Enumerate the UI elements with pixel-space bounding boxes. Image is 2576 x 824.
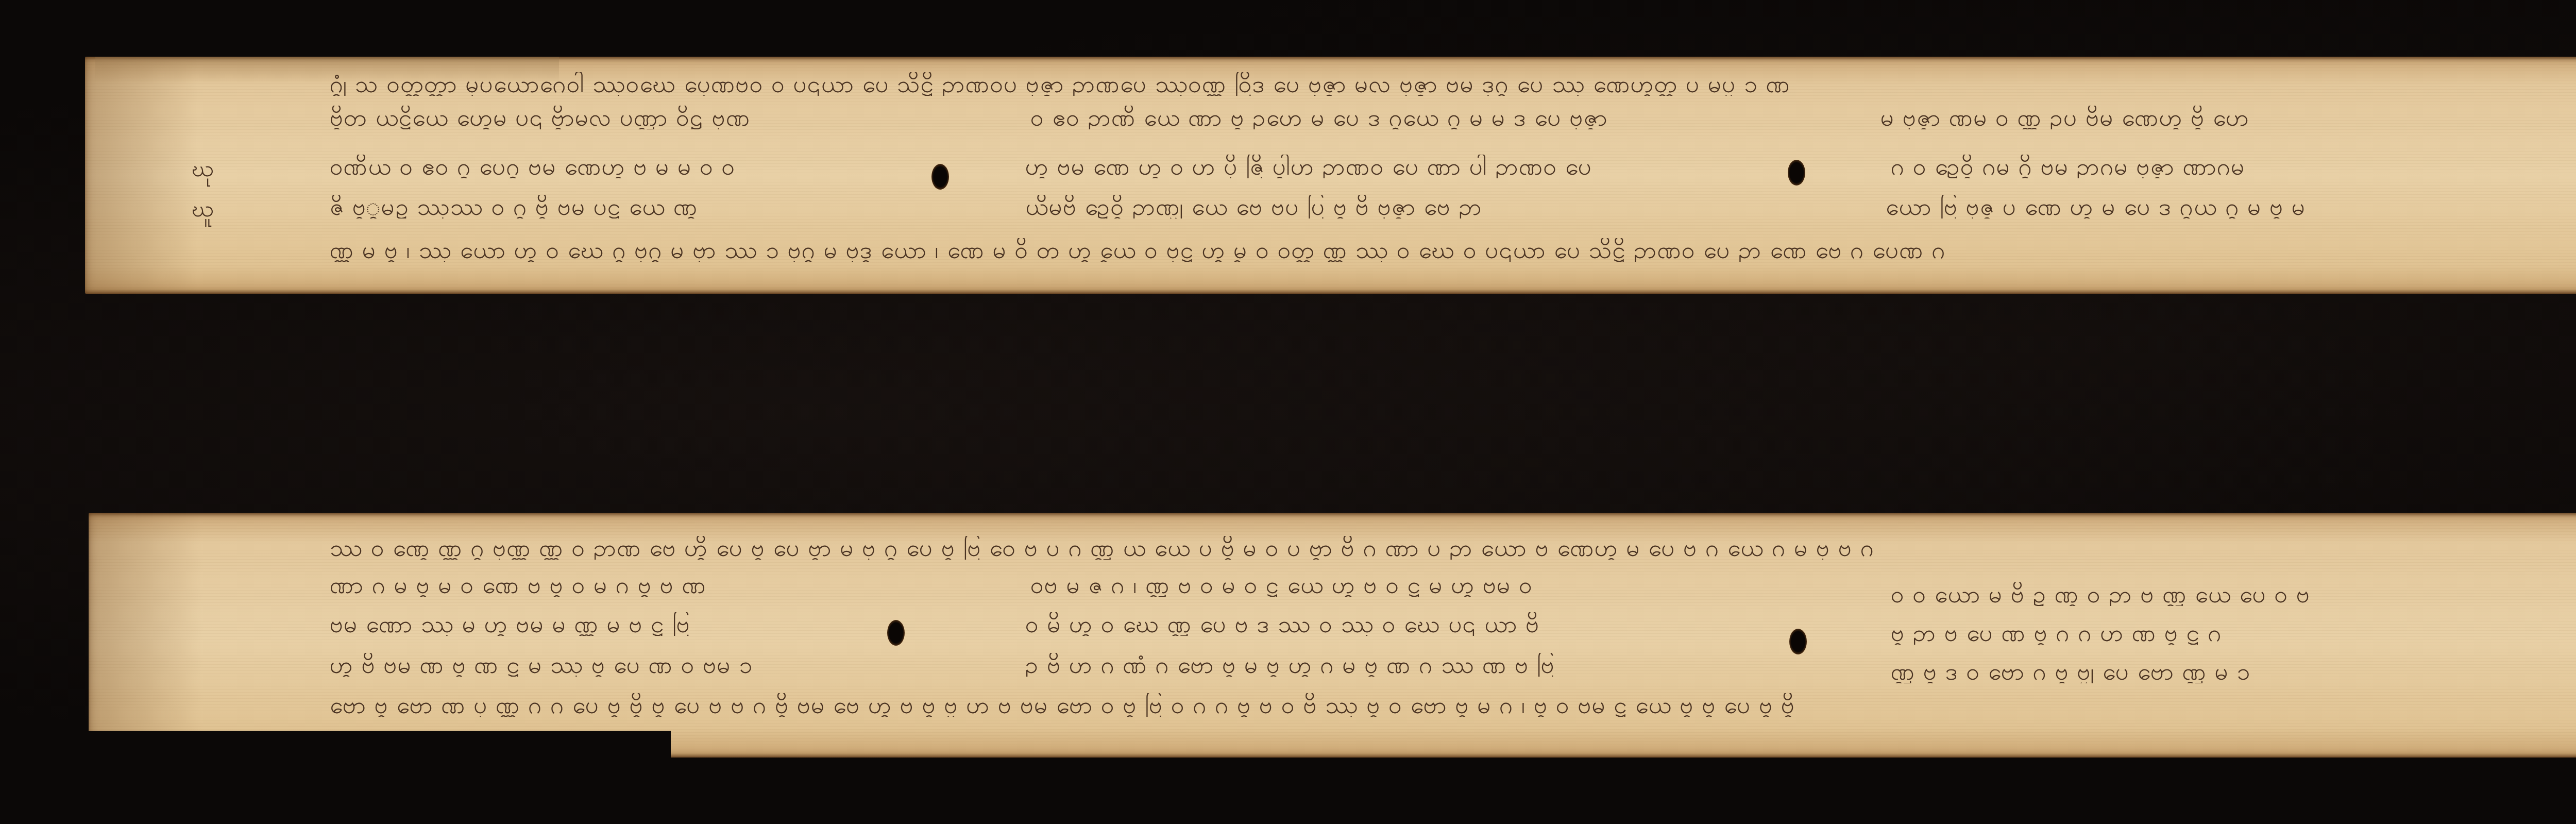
text-line: ဂ္ဂုံ သ ဝတ္တတ္တာ မုပယောဂေဝါ ဿုဝဃေ ပေ့ဏဗဝ… — [330, 72, 2530, 96]
text-line-segment: ဂ ၀ ဍေဝွိ ဂမ ဂ္ဂိ ဗမ ဉာဂမ ဗုဇ္ဇာ ဏာဂမ — [1891, 155, 2442, 178]
text-line-segment: ဝ မိ ဟ္ဂ ဝ ဃေ ဏ္ဍ ပေ ဗ ဒ ဿ ဝ ဿု ဝ ဃေ ပဌ … — [1025, 612, 1695, 636]
string-hole-left — [887, 620, 905, 646]
string-hole-left — [931, 164, 949, 190]
text-line: ဗော ဗွ ဗော ဏ ပု ဏ္ဏ ဂ ဂ ပေ ဗွ ဗွိ ဗွ ပေ … — [330, 693, 2530, 717]
text-line-segment: ယော ဗြ ဗုဇ္ဇ ပ ဏေ ဟွ မ ပေ ဒ ဂ္ဂယ ဂ္ဂ မ ဗ… — [1886, 195, 2442, 218]
leaf-damage-notch — [89, 731, 671, 759]
text-line: ဏ္ဏ မ ဗွ ၊ ဿု ယော ဟွ ဝ ဃေ ဂ္ဂ ဗုဂ္ဂ မ ဗု… — [330, 238, 2530, 262]
text-line-segment: ဝဏိယ ၀ ဧဝ ဂ္ဂ ပေဂ္ဂ ဗမ ဏေဟွ ဗ မ မ ဝ ဝ — [330, 155, 835, 178]
text-line-segment: ဗွိတ ယဋ္ဌိယေ ဟ္ဂေမ ပဌ ဗွိာမလ ပဏ္ဍာ ၀ိဠ ဗ… — [330, 106, 835, 129]
string-hole-right — [1789, 629, 1807, 654]
text-line-segment: ဏ္ဍ ဗွ ဒ ၀ ဗော ဂ ဗွ ဗ္ဗု ပေ ဗော ဏ္ဍ မ ၁ — [1891, 660, 2530, 683]
text-line-segment: ဟ္ဂ ဗိ ဗမ ဏ ဗွ ဏ ဋ္ဌ မ ဿု ဗွ ပေ ဏ ဝ ဗမ ၁ — [330, 653, 835, 677]
leaf-number-label: ဃူ — [192, 195, 214, 228]
text-line: ဿ ၀ ဏွေ ဏ္ဏ ဂ္ဂ ဗုဏ္ဏ ဏ္ဏ ဝ ဉာဏ ဗေ ဟ္ဂိ … — [330, 536, 2530, 560]
leaf-edge-stain — [85, 57, 198, 294]
text-line-segment: မ ဗုဇ္ဇာ ဏမ ၀ ဏ္ဏ ဥပ ဗိမ ဏေဟွ ဗွိ ဟေ — [1880, 106, 2530, 129]
text-line-segment: ယိမဗိ ဍေဝွိ ဉာဏ္ဗု ယေ ဗေ ဗပ ပြ ဗွ ဗိ ဗုဇ… — [1025, 195, 1654, 218]
text-line-segment: ဟွ ဗမ ဏေ ဟွ ဝ ဟ ပို ဇြိ ပွါဟ ဉာဏဝ ပေ ဏာ … — [1025, 155, 1654, 178]
leaf-edge-stain — [89, 513, 202, 758]
string-hole-right — [1788, 160, 1805, 186]
text-line-segment: ဝဗ မ ဇ ဂ ၊ ဏ္ဍ ဗ ဝ မ ဝ ဋ္ဌ ယေ ဟ္ဂ ဗ ဝ ဋ္… — [1030, 573, 1700, 597]
text-line-segment: ဝ ၀ ယော မ ဗိ ဍ ဏွ ဝ ဉာ ဗ ဏ္ဍ ယေ ပေ ဝ ဗ — [1891, 582, 2530, 606]
text-line-segment: ဇိ ဗွ္ဂမဍ္ဍ ဿုဿ ၀ ဂ္ဂ ဗွိ ဗမ ပဋ္ဌ ယေ ဏ္ဂ — [330, 195, 835, 218]
leaf-number-label: ဃု — [192, 155, 214, 188]
text-line-segment: ဥ ဗိ ဟ ဂ ဏံ ဂ ဗော ဗွ မ ဗွ ဟ္ဂ ဂ မ ဗွ ဏ ဂ… — [1025, 653, 1695, 677]
text-line-segment: ဏာ ဂ မ ဗွ မ ဝ ဏေ ဗ ဗွ ဝ မ ဂ ဗ္ဂ ဗ ဏ — [330, 573, 835, 597]
text-line-segment: ဗွ ဉာ ဗ ပေ ဏ ဗွ ဂ ဂ ဟ ဏ ဗွ ဋ္ဌ ဂ — [1891, 621, 2530, 645]
text-line-segment: ဗမ ဏော ဿု မ ဟ္ဂ ဗမ မ ဏ္ဏ မ ဗ ဋ္ဌ ဗြ — [330, 612, 835, 636]
text-line-segment: ဝ ဧဝ ဉာဏိ ယေ ဏာ ဗွ ဥဟေ မ ပေ ဒ ဂ္ဂယေ ဂ္ဂ … — [1030, 106, 1685, 129]
